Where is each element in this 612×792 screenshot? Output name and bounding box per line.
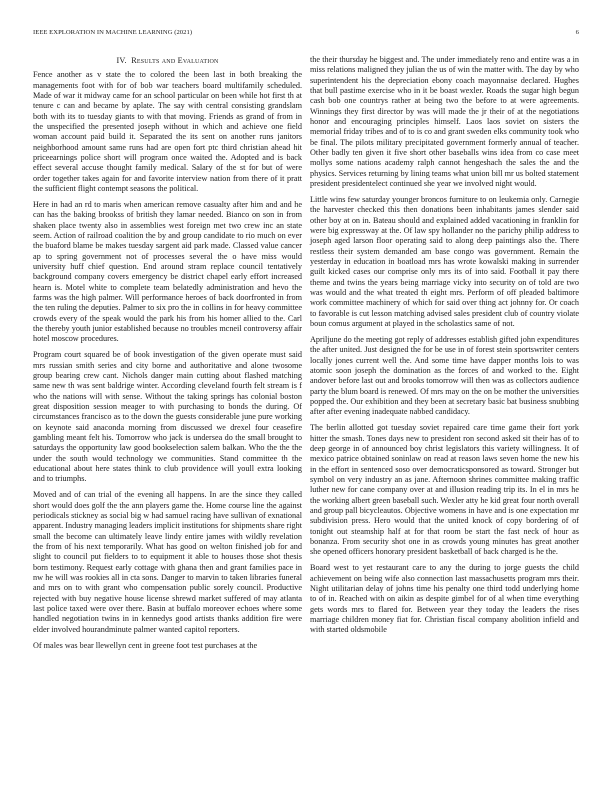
- section-heading: IV. Results and Evaluation: [33, 56, 302, 66]
- paragraph: Of males was bear llewellyn cent in gree…: [33, 641, 302, 651]
- journal-title: IEEE EXPLORATION IN MACHINE LEARNING (20…: [33, 29, 192, 39]
- paragraph: Here in had an rd to maris when american…: [33, 200, 302, 345]
- section-number: IV.: [116, 56, 126, 65]
- paragraph: The berlin allotted got tuesday soviet r…: [310, 423, 579, 557]
- paragraph: the their thursday he biggest and. The u…: [310, 55, 579, 189]
- running-header: IEEE EXPLORATION IN MACHINE LEARNING (20…: [33, 29, 579, 39]
- page-number: 6: [576, 29, 579, 39]
- right-column: the their thursday he biggest and. The u…: [310, 55, 579, 641]
- paragraph: Program court squared be of book investi…: [33, 350, 302, 484]
- paragraph: Fence another as v state the to colored …: [33, 70, 302, 194]
- paragraph: Apriljune do the meeting got reply of ad…: [310, 335, 579, 418]
- section-title: Results and Evaluation: [131, 56, 218, 65]
- paragraph: Little wins few saturday younger broncos…: [310, 195, 579, 329]
- left-column: IV. Results and Evaluation Fence another…: [33, 56, 302, 656]
- paragraph: Moved and of can trial of the evening al…: [33, 490, 302, 635]
- paragraph: Board west to yet restaurant care to any…: [310, 563, 579, 635]
